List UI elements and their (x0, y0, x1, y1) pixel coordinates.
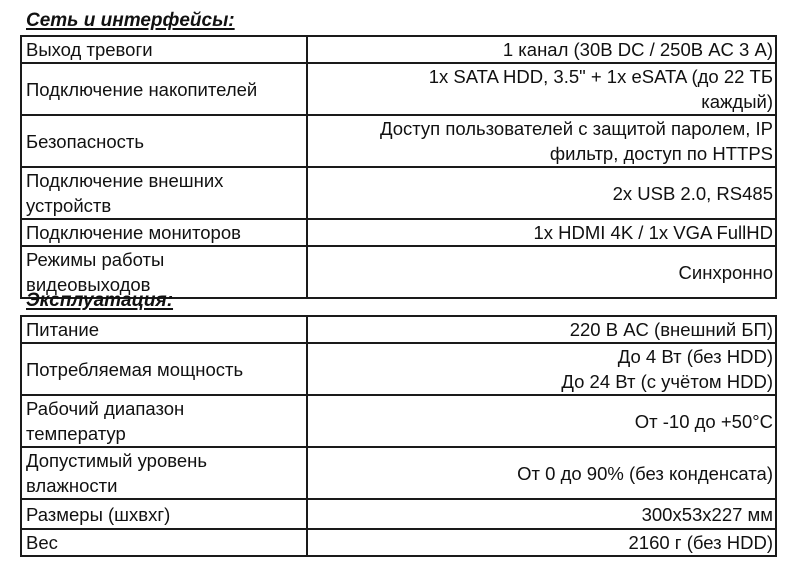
spec-value: От 0 до 90% (без конденсата) (307, 447, 776, 499)
spec-value: 1 канал (30В DC / 250В AC 3 А) (307, 36, 776, 63)
spec-name: Выход тревоги (21, 36, 307, 63)
table-row: Размеры (шхвхг) 300x53x227 мм (21, 499, 776, 529)
spec-value-line: До 24 Вт (с учётом HDD) (312, 369, 773, 394)
spec-value: Доступ пользователей с защитой паролем, … (307, 115, 776, 167)
table-row: Подключение внешних устройств 2x USB 2.0… (21, 167, 776, 219)
table-row: Безопасность Доступ пользователей с защи… (21, 115, 776, 167)
spec-value: Синхронно (307, 246, 776, 298)
table-row: Подключение мониторов 1x HDMI 4K / 1x VG… (21, 219, 776, 246)
table-row: Выход тревоги 1 канал (30В DC / 250В AC … (21, 36, 776, 63)
spec-value-line: До 4 Вт (без HDD) (312, 344, 773, 369)
spec-value: 2x USB 2.0, RS485 (307, 167, 776, 219)
spec-name: Подключение накопителей (21, 63, 307, 115)
spec-name: Вес (21, 529, 307, 556)
table-row: Рабочий диапазон температур От -10 до +5… (21, 395, 776, 447)
spec-name: Подключение внешних устройств (21, 167, 307, 219)
spec-name: Потребляемая мощность (21, 343, 307, 395)
table-row: Питание 220 В AC (внешний БП) (21, 316, 776, 343)
spec-name: Размеры (шхвхг) (21, 499, 307, 529)
spec-value: От -10 до +50°С (307, 395, 776, 447)
spec-value: 300x53x227 мм (307, 499, 776, 529)
spec-table-network: Выход тревоги 1 канал (30В DC / 250В AC … (20, 35, 777, 299)
spec-name: Безопасность (21, 115, 307, 167)
section-title-operation: Эксплуатация: (26, 290, 173, 312)
table-row: Потребляемая мощность До 4 Вт (без HDD) … (21, 343, 776, 395)
table-row: Вес 2160 г (без HDD) (21, 529, 776, 556)
spec-value: 2160 г (без HDD) (307, 529, 776, 556)
spec-name: Подключение мониторов (21, 219, 307, 246)
spec-value: 1x HDMI 4K / 1x VGA FullHD (307, 219, 776, 246)
spec-name: Допустимый уровень влажности (21, 447, 307, 499)
spec-table-operation: Питание 220 В AC (внешний БП) Потребляем… (20, 315, 777, 557)
spec-name: Питание (21, 316, 307, 343)
spec-value: 1x SATA HDD, 3.5" + 1x eSATA (до 22 ТБ к… (307, 63, 776, 115)
table-row: Подключение накопителей 1x SATA HDD, 3.5… (21, 63, 776, 115)
spec-name: Рабочий диапазон температур (21, 395, 307, 447)
table-row: Допустимый уровень влажности От 0 до 90%… (21, 447, 776, 499)
section-title-network: Сеть и интерфейсы: (26, 10, 235, 32)
spec-value: До 4 Вт (без HDD) До 24 Вт (с учётом HDD… (307, 343, 776, 395)
spec-value: 220 В AC (внешний БП) (307, 316, 776, 343)
